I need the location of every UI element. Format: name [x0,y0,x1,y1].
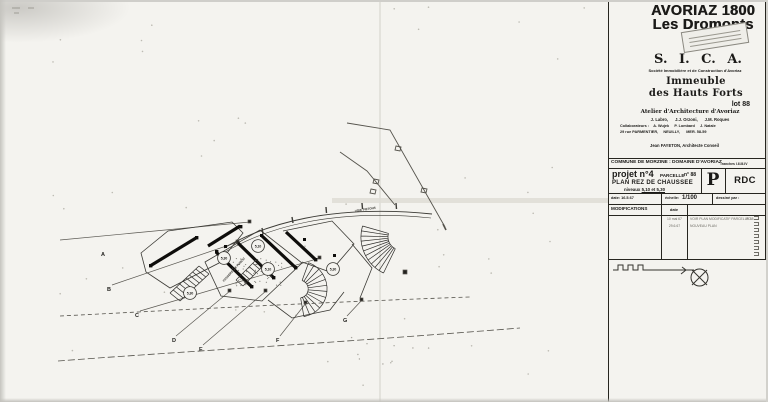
svg-text:5,30: 5,30 [187,291,194,295]
sheet-edge [0,0,6,402]
modification-row-tag: PC [746,217,751,221]
label-G: G [343,318,347,324]
collaborators-names: Collaborateurs : A. Wujek P. Lombard J. … [620,124,766,128]
svg-text:5,30: 5,30 [330,267,337,271]
modification-row-note: VOIR PLAN MODIFICATIF PARCELLE 88 [690,217,754,221]
scan-band [332,198,608,203]
sheet-edge [0,398,768,402]
label-C: C [135,313,139,319]
modification-row-note: NOUVEAU PLAN [690,224,717,228]
commune-line: COMMUNE DE MORZINE : DOMAINE D'AVORIAZ [611,160,722,165]
boundary-letter-labels: A B C D E F G [101,252,347,353]
row-bracket-mark [754,246,759,250]
phase-letter: P [701,168,725,193]
label-A: A [101,252,105,258]
sica-subtitle: Société Immobilière et de Construction d… [622,68,768,73]
parcelle-number: n° 88 [684,172,696,178]
scanned-plan-sheet: A B C D E F G [0,0,768,402]
svg-text:5,10: 5,10 [265,267,272,271]
leader-lines [60,220,407,345]
building-name-line2: des Hauts Forts [626,88,766,99]
parcelle-label: PARCELLE [660,173,684,178]
modifications-header: MODIFICATIONS [611,206,647,211]
title-block-left-border [608,0,609,402]
label-F: F [276,338,280,344]
svg-text:5,10: 5,10 [255,244,262,248]
label-B: B [107,287,111,293]
scan-noise [351,337,429,365]
levels-line: niveaux 5,10 et 5,30 [624,187,665,192]
terrain-contours [58,297,520,361]
title-block: AVORIAZ 1800 Les Dromonts S. I. C. A. So… [608,0,768,402]
level-code: RDC [725,168,765,193]
fan-stair [361,226,395,273]
date-field: date: 16.5.67 [611,196,634,200]
project-number: projet n°4 [612,169,654,179]
svg-text:5,30: 5,30 [221,256,228,260]
office-address: 29 rue PARMENTIER, NEUILLY, MER. 58-59 [620,130,766,134]
row-bracket-mark [754,216,759,220]
architects-names: J. Labro, J.J. Orzoni, J.M. Roques [616,117,764,122]
lot-number: lot 88 [688,101,750,108]
building-walls [150,226,316,287]
plan-title: PLAN REZ DE CHAUSSEE [612,180,693,186]
tranches-line: Tranches I.II.III.IV [720,162,748,166]
row-bracket-mark [754,252,759,256]
row-bracket-mark [754,222,759,226]
scan-smudge [0,0,140,46]
scale-label: échelle: [665,196,679,200]
modification-row-date: 29.6.67 [662,224,687,228]
sheet-edge [0,0,768,2]
modifications-date-header: date [661,207,687,212]
building-name-line1: Immeuble [626,76,766,87]
drawn-by-label: dessiné par : [716,196,739,200]
atelier-name: Atelier d'Architecture d'Avoriaz [616,109,764,115]
sica-title: S. I. C. A. [633,52,763,67]
modification-row-date: 10 mai 67 [662,217,687,221]
scale-value: 1/100 [682,195,697,201]
row-bracket-mark [754,234,759,238]
consulting-architect: Jean FAYETON, Architecte Conseil [650,143,719,148]
label-E: E [199,347,203,353]
row-bracket-mark [754,240,759,244]
fan-stair [301,263,327,317]
scan-noise [52,6,585,386]
row-bracket-mark [754,228,759,232]
label-D: D [172,338,176,344]
